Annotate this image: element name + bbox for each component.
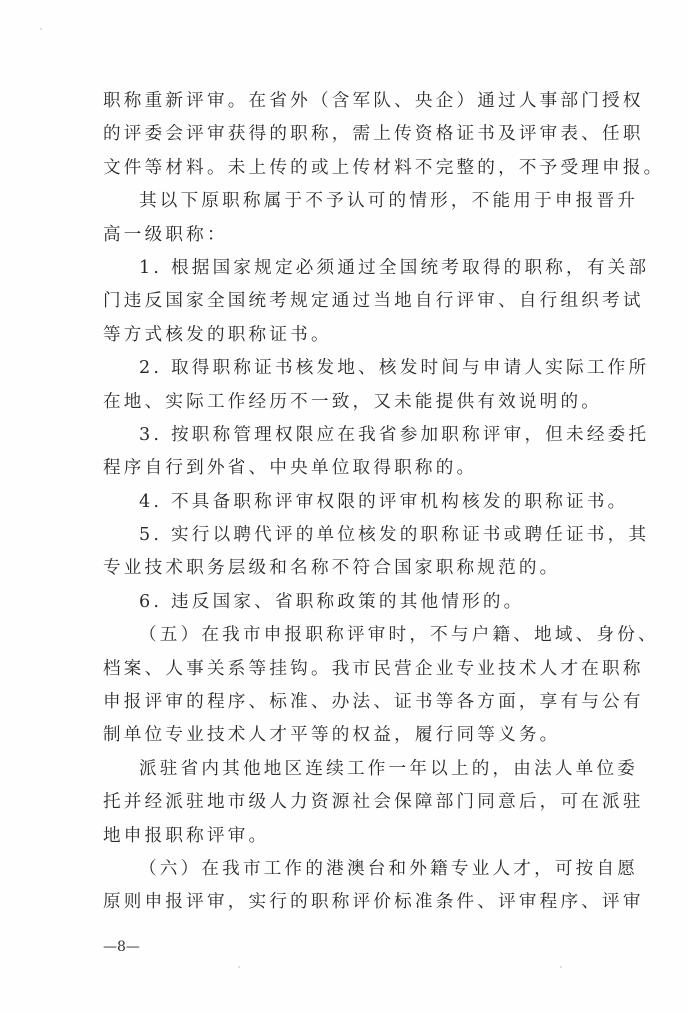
text-line: 程序自行到外省、中央单位取得职称的。 [103, 452, 599, 485]
text-line: 托并经派驻地市级人力资源社会保障部门同意后，可在派驻 [103, 786, 599, 819]
scan-speck [238, 966, 240, 968]
section-five-heading-line: （五）在我市申报职称评审时，不与户籍、地域、身份、 [103, 619, 599, 652]
scan-speck [40, 28, 42, 30]
text-line: 制单位专业技术人才平等的权益，履行同等义务。 [103, 719, 599, 752]
scan-speck [560, 966, 562, 968]
text-line: 等方式核发的职称证书。 [103, 319, 599, 352]
text-line: 申报评审的程序、标准、办法、证书等各方面，享有与公有 [103, 686, 599, 719]
text-line: 门违反国家全国统考规定通过当地自行评审、自行组织考试 [103, 285, 599, 318]
document-page: 职称重新评审。在省外（含军队、央企）通过人事部门授权 的评委会评审获得的职称，需… [0, 0, 688, 1014]
text-line: 派驻省内其他地区连续工作一年以上的，由法人单位委 [103, 753, 599, 786]
text-line: 高一级职称： [103, 219, 599, 252]
text-line: 专业技术职务层级和名称不符合国家职称规范的。 [103, 552, 599, 585]
list-item-4: 4. 不具备职称评审权限的评审机构核发的职称证书。 [103, 486, 599, 519]
text-line: 文件等材料。未上传的或上传材料不完整的，不予受理申报。 [103, 152, 599, 185]
list-item-2: 2. 取得职称证书核发地、核发时间与申请人实际工作所 [103, 352, 599, 385]
document-body: 职称重新评审。在省外（含军队、央企）通过人事部门授权 的评委会评审获得的职称，需… [103, 85, 599, 920]
list-item-1: 1. 根据国家规定必须通过全国统考取得的职称，有关部 [103, 252, 599, 285]
text-line: 在地、实际工作经历不一致，又未能提供有效说明的。 [103, 386, 599, 419]
text-line: 档案、人事关系等挂钩。我市民营企业专业技术人才在职称 [103, 653, 599, 686]
text-line: 其以下原职称属于不予认可的情形，不能用于申报晋升 [103, 185, 599, 218]
text-line: 地申报职称评审。 [103, 820, 599, 853]
section-six-heading-line: （六）在我市工作的港澳台和外籍专业人才，可按自愿 [103, 853, 599, 886]
list-item-6: 6. 违反国家、省职称政策的其他情形的。 [103, 586, 599, 619]
text-line: 原则申报评审，实行的职称评价标准条件、评审程序、评审 [103, 886, 599, 919]
list-item-3: 3. 按职称管理权限应在我省参加职称评审，但未经委托 [103, 419, 599, 452]
page-number: —8— [103, 937, 140, 957]
text-line: 职称重新评审。在省外（含军队、央企）通过人事部门授权 [103, 85, 599, 118]
text-line: 的评委会评审获得的职称，需上传资格证书及评审表、任职 [103, 118, 599, 151]
list-item-5: 5. 实行以聘代评的单位核发的职称证书或聘任证书，其 [103, 519, 599, 552]
